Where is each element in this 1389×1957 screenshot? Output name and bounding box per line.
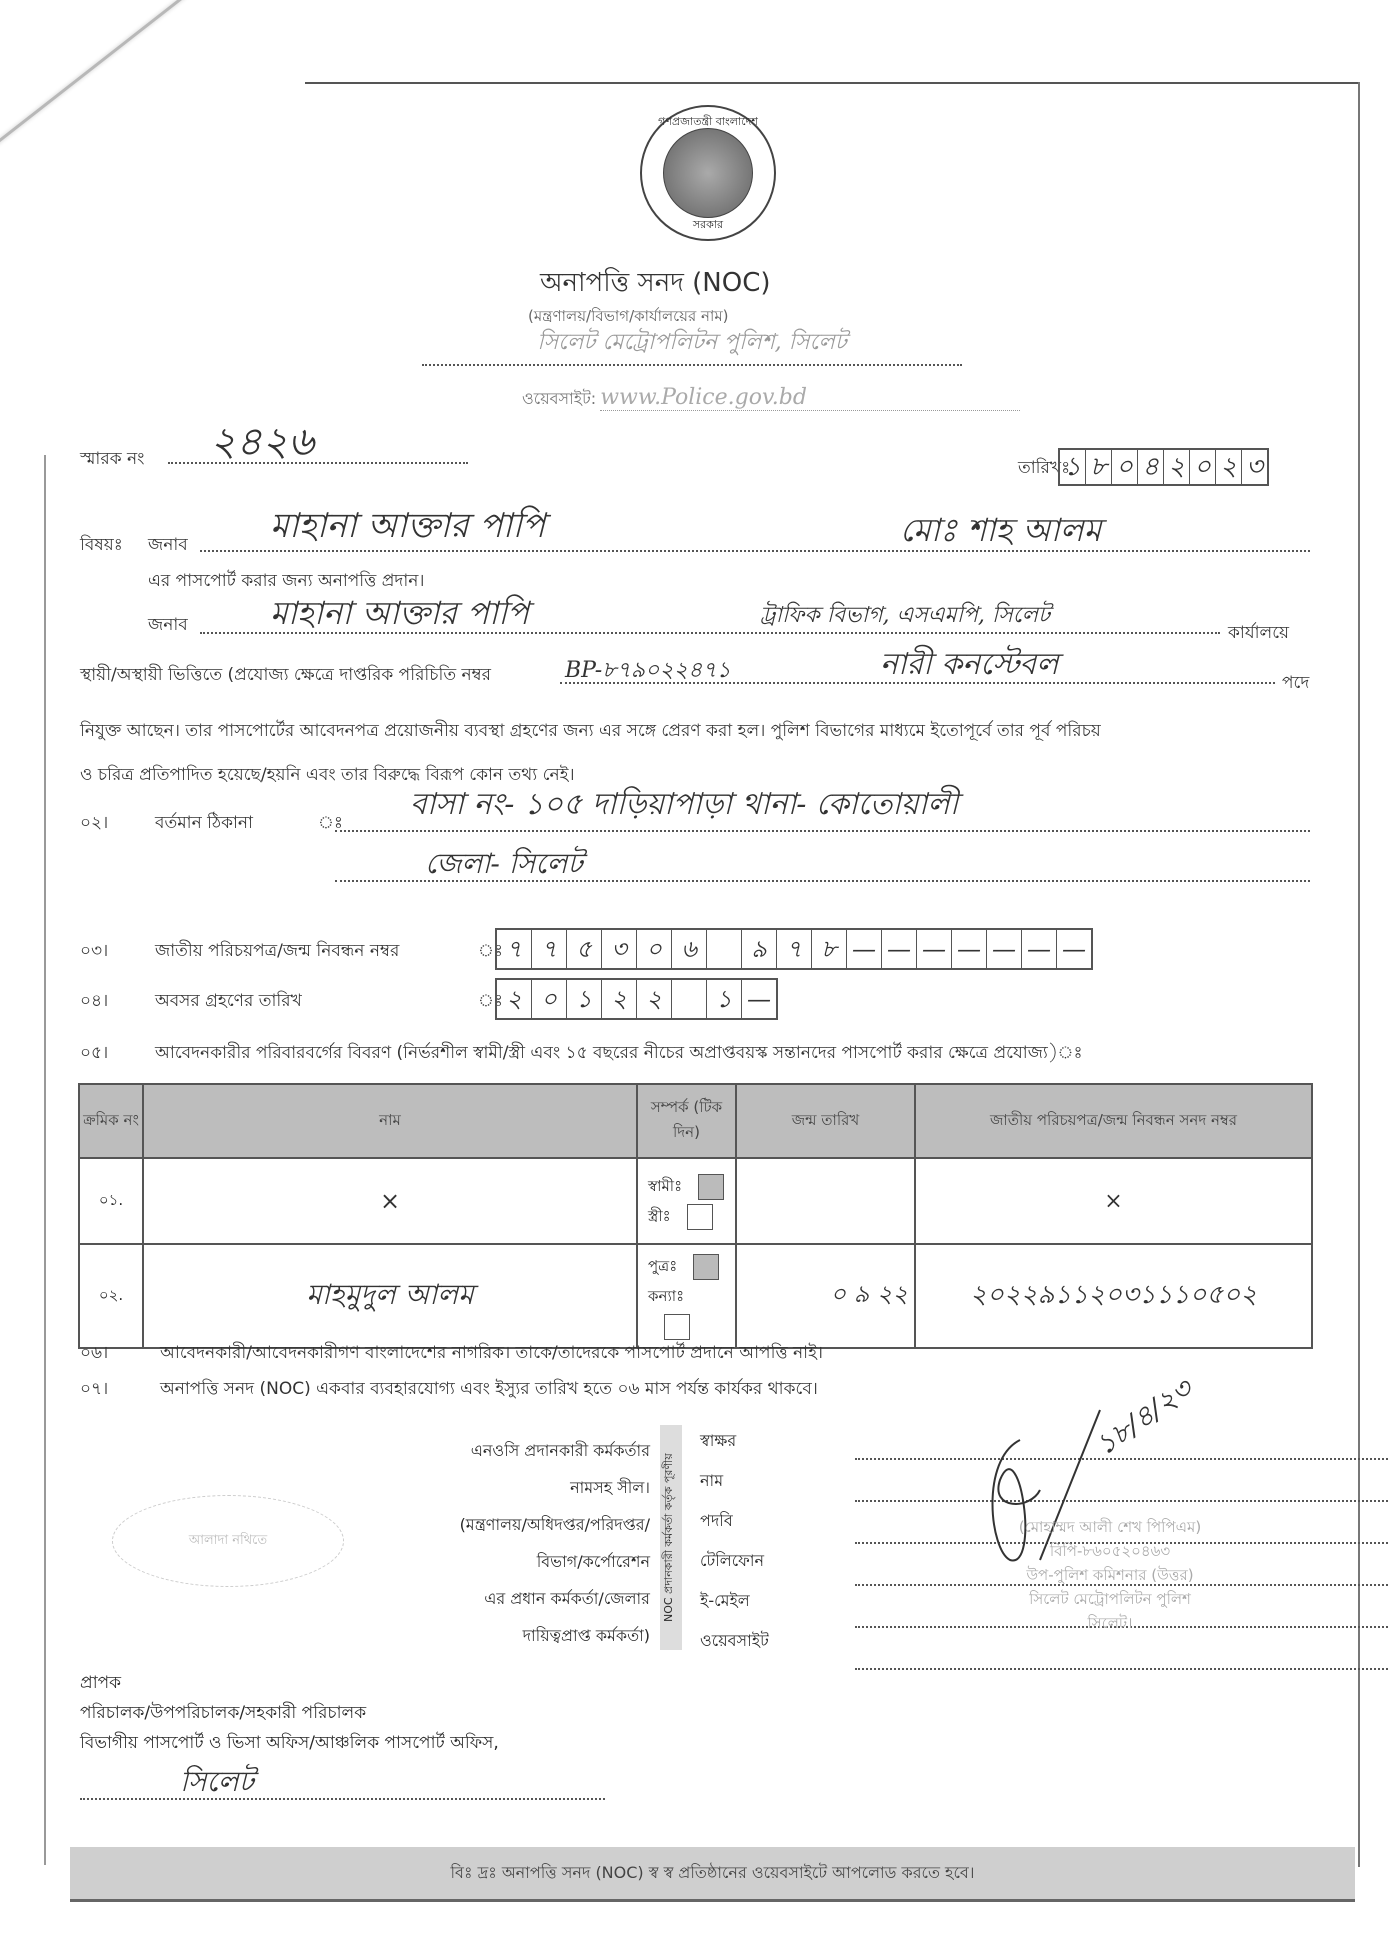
nid-digit-box: ৮ [812, 930, 847, 968]
address-value-1: বাসা নং- ১০৫ দাড়িয়াপাড়া থানা- কোতোয়া… [410, 780, 958, 831]
header-relation: সম্পর্ক (টিক দিন) [637, 1084, 736, 1158]
row-name: × [143, 1158, 637, 1244]
nid-digit-box: ৩ [602, 930, 637, 968]
item-06-label: আবেদনকারী/আবেদনকারীগণ বাংলাদেশের নাগরিক।… [160, 1340, 823, 1368]
date-digit-box: ৪ [1138, 450, 1164, 484]
nid-digit-box: ০ [637, 930, 672, 968]
nid-digit-box: ৯ [742, 930, 777, 968]
date-digit-box: ২ [1164, 450, 1190, 484]
row-name: মাহমুদুল আলম [143, 1244, 637, 1348]
subject-name: মাহানা আক্তার পাপি [270, 500, 545, 557]
subject-janab: জনাব [148, 532, 188, 560]
item-02-colon: ঃ [318, 810, 343, 838]
nid-digit-box: — [917, 930, 952, 968]
body-janab: জনাব [148, 612, 188, 640]
field-website-label: ওয়েবসাইট [700, 1628, 769, 1668]
signatory-line: এনওসি প্রদানকারী কর্মকর্তার [385, 1432, 650, 1469]
date-digit-box: ০ [1112, 450, 1138, 484]
website-label: ওয়েবসাইট: [522, 389, 596, 408]
government-seal: গণপ্রজাতন্ত্রী বাংলাদেশ সরকার [640, 105, 776, 241]
retirement-digit-box: ২ [637, 980, 672, 1018]
nid-digit-box: ৭ [497, 930, 532, 968]
stamp-line: (মোহাম্মদ আলী শেখ পিপিএম) [945, 1515, 1275, 1539]
office-name: সিলেট মেট্রোপলিটন পুলিশ, সিলেট [422, 325, 962, 366]
recipient-line-1: পরিচালক/উপপরিচালক/সহকারী পরিচালক [80, 1698, 499, 1728]
row-serial: ০২. [79, 1244, 143, 1348]
row-serial: ০১. [79, 1158, 143, 1244]
recipient-label: প্রাপক [80, 1668, 499, 1698]
recipient-block: প্রাপক পরিচালক/উপপরিচালক/সহকারী পরিচালক … [80, 1668, 499, 1758]
retirement-digit-box: ১ [567, 980, 602, 1018]
signatory-description: এনওসি প্রদানকারী কর্মকর্তার নামসহ সীল। (… [385, 1432, 650, 1654]
signatory-line: বিভাগ/কর্পোরেশন [385, 1543, 650, 1580]
seal-text-bottom: সরকার [642, 216, 774, 235]
signatory-line: দায়িত্বপ্রাপ্ত কর্মকর্তা) [385, 1617, 650, 1654]
field-email-label: ই-মেইল [700, 1588, 769, 1628]
website-value: www.Police.gov.bd [600, 385, 1020, 411]
relation-son-checkbox[interactable] [693, 1254, 719, 1280]
oval-stamp: আলাদা নথিতে [112, 1495, 344, 1587]
document-title: অনাপত্তি সনদ (NOC) [540, 262, 771, 306]
stamp-line: বিপি-৮৬০৫২০৪৬৩ [945, 1539, 1275, 1563]
date-digit-box: ৮ [1086, 450, 1112, 484]
stamp-line: সিলেট মেট্রোপলিটন পুলিশ [945, 1587, 1275, 1611]
nid-digit-box: — [1022, 930, 1057, 968]
frame-left [44, 455, 46, 1865]
signatory-field-labels: স্বাক্ষর নাম পদবি টেলিফোন ই-মেইল ওয়েবসা… [700, 1428, 769, 1668]
item-05-number: ০৫। [80, 1040, 108, 1068]
family-table: ক্রমিক নং নাম সম্পর্ক (টিক দিন) জন্ম তার… [78, 1083, 1313, 1349]
nid-digit-box: — [1057, 930, 1091, 968]
row-relation: পুত্রঃ কন্যাঃ [637, 1244, 736, 1348]
footer-note: বিঃ দ্রঃ অনাপত্তি সনদ (NOC) স্ব স্ব প্রত… [70, 1847, 1355, 1902]
office-suffix: কার্যালয়ে [1228, 620, 1289, 648]
header-serial: ক্রমিক নং [79, 1084, 143, 1158]
nid-digit-box: — [882, 930, 917, 968]
body-paragraph-1: নিযুক্ত আছেন। তার পাসপোর্টের আবেদনপত্র প… [80, 718, 1360, 746]
field-telephone-label: টেলিফোন [700, 1548, 769, 1588]
row-nid: × [915, 1158, 1312, 1244]
official-id-number: BP-৮৭৯০২২৪৭১ [565, 653, 731, 690]
retirement-digit-box: ২ [497, 980, 532, 1018]
officer-stamp: (মোহাম্মদ আলী শেখ পিপিএম) বিপি-৮৬০৫২০৪৬৩… [945, 1515, 1275, 1635]
recipient-city-line [80, 1798, 605, 1800]
signatory-line: এর প্রধান কর্মকর্তা/জেলার [385, 1580, 650, 1617]
family-table-header: ক্রমিক নং নাম সম্পর্ক (টিক দিন) জন্ম তার… [79, 1084, 1312, 1158]
paper-fold-crease [0, 0, 402, 173]
signatory-line: নামসহ সীল। [385, 1469, 650, 1506]
date-digit-box: ১ [1060, 450, 1086, 484]
table-row: ০২. মাহমুদুল আলম পুত্রঃ কন্যাঃ ০ ৯ ২২ ২০… [79, 1244, 1312, 1348]
item-06-number: ০৬। [80, 1340, 108, 1368]
signatory-line: (মন্ত্রণালয়/অধিদপ্তর/পরিদপ্তর/ [385, 1506, 650, 1543]
field-designation-label: পদবি [700, 1508, 769, 1548]
row-dob: ০ ৯ ২২ [736, 1244, 915, 1348]
row-dob [736, 1158, 915, 1244]
field-name-label: নাম [700, 1468, 769, 1508]
row-relation: স্বামীঃ স্ত্রীঃ [637, 1158, 736, 1244]
nid-digit-box: ৭ [777, 930, 812, 968]
relation-husband-checkbox[interactable] [698, 1174, 724, 1200]
item-03-label: জাতীয় পরিচয়পত্র/জন্ম নিবন্ধন নম্বর [155, 938, 399, 966]
item-05-label: আবেদনকারীর পরিবারবর্গের বিবরণ (নির্ভরশীল… [155, 1040, 1083, 1068]
seal-emblem-icon [663, 128, 753, 218]
subject-relation-name: মোঃ শাহ আলম [900, 505, 1101, 559]
nid-digit-box: — [847, 930, 882, 968]
header-name: নাম [143, 1084, 637, 1158]
stamp-line: সিলেট। [945, 1611, 1275, 1635]
item-04-label: অবসর গ্রহণের তারিখ [155, 988, 302, 1016]
retirement-date-boxes: ২০১২২১— [495, 978, 778, 1020]
date-digit-box: ০ [1190, 450, 1216, 484]
relation-daughter-checkbox[interactable] [664, 1314, 690, 1340]
basis-text: স্থায়ী/অস্থায়ী ভিত্তিতে (প্রযোজ্য ক্ষে… [80, 662, 491, 690]
memo-number: ২৪২৬ [210, 410, 314, 477]
item-02-label: বর্তমান ঠিকানা [155, 810, 253, 838]
nid-digit-box: — [952, 930, 987, 968]
relation-husband-label: স্বামীঃ [648, 1177, 682, 1195]
date-digit-box: ২ [1216, 450, 1242, 484]
relation-son-label: পুত্রঃ [648, 1257, 677, 1275]
nid-boxes: ৭৭৫৩০৬৯৭৮——————— [495, 928, 1093, 970]
retirement-digit-box: ০ [532, 980, 567, 1018]
relation-wife-checkbox[interactable] [687, 1204, 713, 1230]
item-02-number: ০২। [80, 810, 108, 838]
designation: নারী কনস্টেবল [880, 640, 1058, 691]
relation-wife-label: স্ত্রীঃ [648, 1207, 671, 1225]
recipient-line-2: বিভাগীয় পাসপোর্ট ও ভিসা অফিস/আঞ্চলিক পা… [80, 1728, 499, 1758]
item-07-label: অনাপত্তি সনদ (NOC) একবার ব্যবহারযোগ্য এব… [160, 1376, 818, 1404]
header-nid: জাতীয় পরিচয়পত্র/জন্ম নিবন্ধন সনদ নম্বর [915, 1084, 1312, 1158]
relation-daughter-label: কন্যাঃ [648, 1287, 684, 1305]
item-04-number: ০৪। [80, 988, 108, 1016]
nid-digit-box: ৬ [672, 930, 707, 968]
memo-label: স্মারক নং [80, 446, 144, 474]
frame-top [305, 82, 1360, 84]
address-value-2: জেলা- সিলেট [425, 842, 583, 889]
date-boxes: ১৮০৪২০২৩ [1058, 448, 1269, 486]
row-nid: ২০২২৯১১২০৩১১১০৫০২ [915, 1244, 1312, 1348]
table-row: ০১. × স্বামীঃ স্ত্রীঃ × [79, 1158, 1312, 1244]
stamp-line: উপ-পুলিশ কমিশনার (উত্তর) [945, 1563, 1275, 1587]
vertical-noc-label: NOC প্রদানকারী কর্মকর্তা কর্তৃক পূরণীয় [660, 1425, 682, 1650]
field-signature-label: স্বাক্ষর [700, 1428, 769, 1468]
designation-suffix: পদে [1282, 670, 1309, 698]
nid-digit-box [707, 930, 742, 968]
seal-text-top: গণপ্রজাতন্ত্রী বাংলাদেশ [642, 113, 774, 132]
retirement-digit-box: ১ [707, 980, 742, 1018]
subject-label: বিষয়ঃ [80, 532, 123, 560]
nid-digit-box: ৫ [567, 930, 602, 968]
item-07-number: ০৭। [80, 1376, 108, 1404]
nid-digit-box: ৭ [532, 930, 567, 968]
retirement-digit-box: — [742, 980, 776, 1018]
date-digit-box: ৩ [1242, 450, 1267, 484]
nid-digit-box: — [987, 930, 1022, 968]
retirement-digit-box [672, 980, 707, 1018]
retirement-digit-box: ২ [602, 980, 637, 1018]
body-office: ট্রাফিক বিভাগ, এসএমপি, সিলেট [760, 598, 1050, 635]
website-row: ওয়েবসাইট:www.Police.gov.bd [522, 385, 1020, 413]
item-03-number: ০৩। [80, 938, 108, 966]
header-dob: জন্ম তারিখ [736, 1084, 915, 1158]
body-name: মাহানা আক্তার পাপি [270, 588, 529, 642]
